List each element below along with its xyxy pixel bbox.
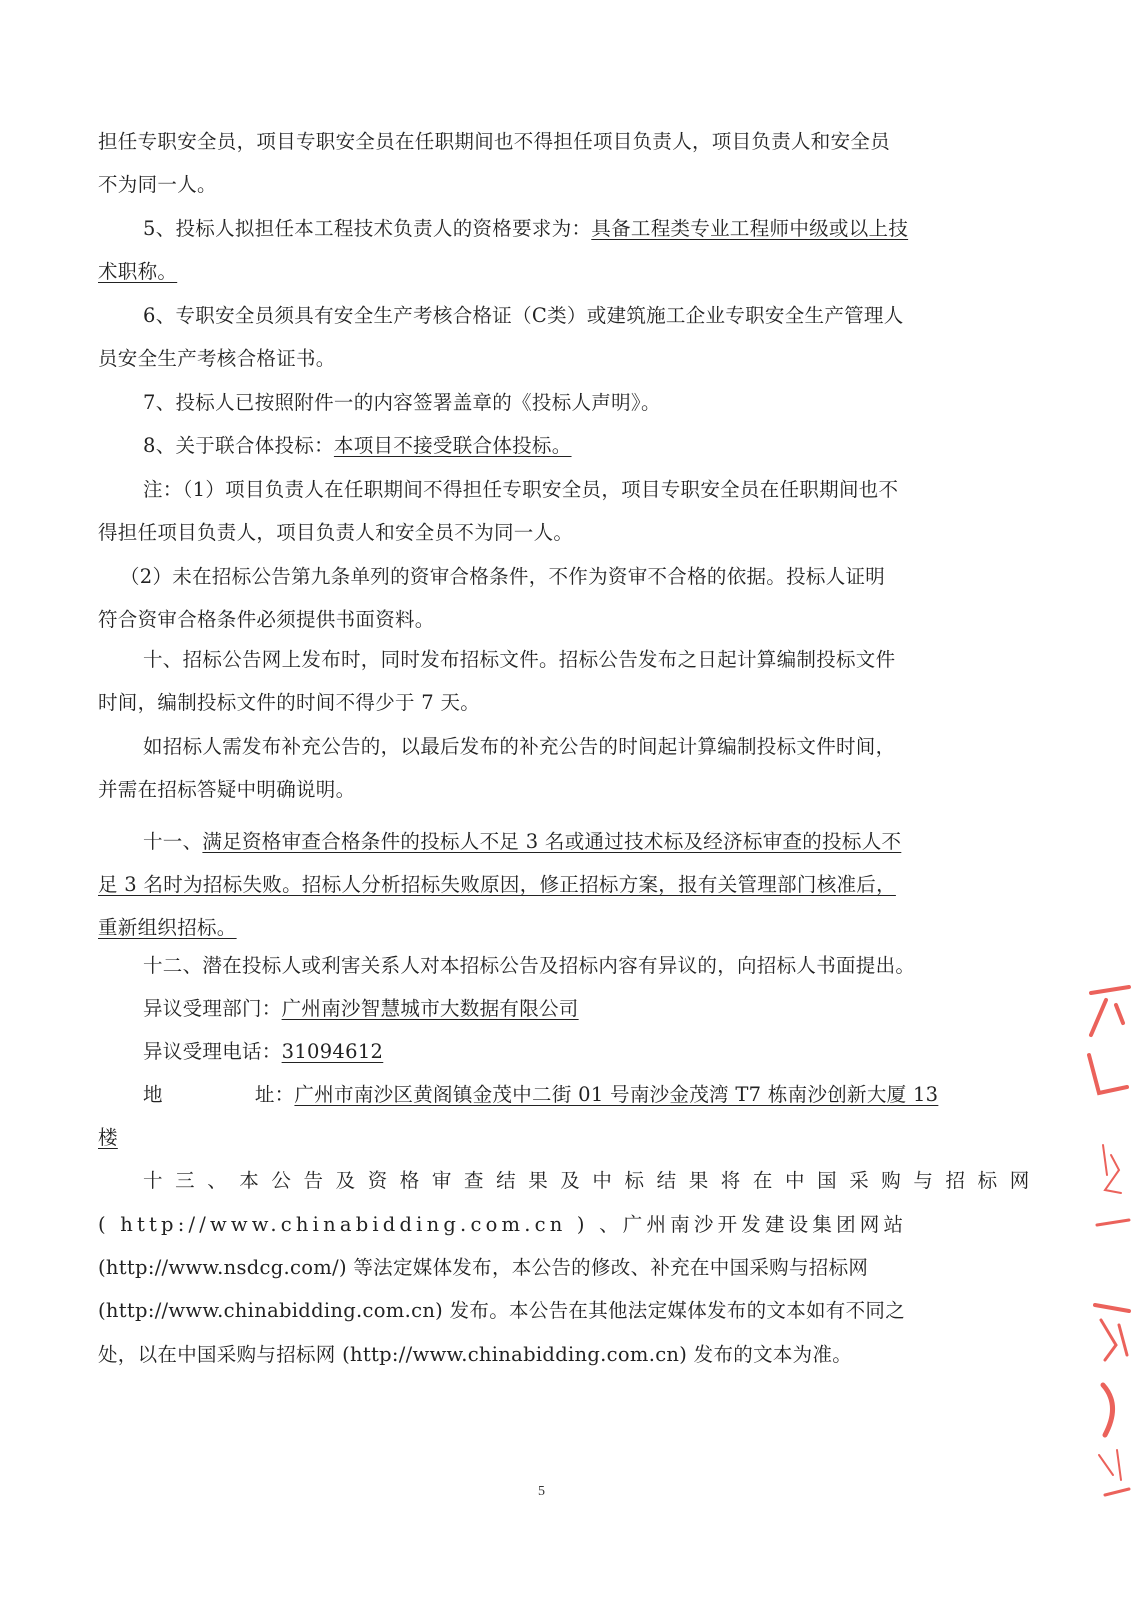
text-line: 符合资审合格条件必须提供书面资料。 [98,606,998,634]
text-line: 足 3 名时为招标失败。招标人分析招标失败原因，修正招标方案，报有关管理部门核准… [98,871,998,899]
supplement-paragraph: 如招标人需发布补充公告的，以最后发布的补充公告的时间起计算编制投标文件时间， [143,733,1043,761]
objection-department: 异议受理部门：广州南沙智慧城市大数据有限公司 [143,995,1043,1023]
item-7: 7、投标人已按照附件一的内容签署盖章的《投标人声明》。 [143,389,1043,417]
text-line: 得担任项目负责人，项目负责人和安全员不为同一人。 [98,519,998,547]
objection-department-label: 异议受理部门： [143,997,282,1020]
section-11-text-cont: 重新组织招标。 [98,916,237,939]
item-5-requirement-cont: 术职称。 [98,260,177,283]
item-5-label: 5、投标人拟担任本工程技术负责人的资格要求为： [143,217,591,240]
text-line: 担任专职安全员，项目专职安全员在任职期间也不得担任项目负责人，项目负责人和安全员 [98,128,998,156]
section-10: 十、招标公告网上发布时，同时发布招标文件。招标公告发布之日起计算编制投标文件 [143,646,1043,674]
note-1: 注：（1）项目负责人在任职期间不得担任专职安全员，项目专职安全员在任职期间也不 [143,476,1043,504]
item-6: 6、专职安全员须具有安全生产考核合格证（C类）或建筑施工企业专职安全生产管理人 [143,302,1043,330]
red-seal-stamp-icon [1061,975,1131,1505]
text-line: (http://www.chinabidding.com.cn) 发布。本公告在… [98,1297,998,1325]
objection-department-value: 广州南沙智慧城市大数据有限公司 [282,997,579,1020]
text-line: 员安全生产考核合格证书。 [98,345,998,373]
text-line: 时间，编制投标文件的时间不得少于 7 天。 [98,689,998,717]
text-line: (http://www.nsdcg.com/) 等法定媒体发布，本公告的修改、补… [98,1254,998,1282]
section-12: 十二、潜在投标人或利害关系人对本招标公告及招标内容有异议的，向招标人书面提出。 [143,952,1043,980]
document-page: 担任专职安全员，项目专职安全员在任职期间也不得担任项目负责人，项目负责人和安全员… [0,0,1131,1600]
section-11-text-cont: 足 3 名时为招标失败。招标人分析招标失败原因，修正招标方案，报有关管理部门核准… [98,873,896,896]
objection-phone-label: 异议受理电话： [143,1040,282,1063]
section-13: 十三、本公告及资格审查结果及中标结果将在中国采购与招标网 [143,1167,1043,1195]
address: 地址：广州市南沙区黄阁镇金茂中二街 01 号南沙金茂湾 T7 栋南沙创新大厦 1… [143,1081,1043,1109]
text-line: 楼 [98,1124,998,1152]
section-11-label: 十一、 [143,830,202,853]
item-8: 8、关于联合体投标：本项目不接受联合体投标。 [143,432,1043,460]
section-11-text: 满足资格审查合格条件的投标人不足 3 名或通过技术标及经济标审查的投标人不 [202,830,901,853]
item-5: 5、投标人拟担任本工程技术负责人的资格要求为：具备工程类专业工程师中级或以上技 [143,215,1043,243]
address-label-char1: 地 [143,1083,163,1106]
item-5-requirement: 具备工程类专业工程师中级或以上技 [591,217,908,240]
page-number: 5 [538,1484,545,1500]
item-8-label: 8、关于联合体投标： [143,434,334,457]
objection-phone: 异议受理电话：31094612 [143,1038,1043,1066]
text-line: 术职称。 [98,258,998,286]
section-11: 十一、满足资格审查合格条件的投标人不足 3 名或通过技术标及经济标审查的投标人不 [143,828,1043,856]
address-label-char2: 址： [255,1083,295,1106]
text-line: 并需在招标答疑中明确说明。 [98,776,998,804]
item-8-value: 本项目不接受联合体投标。 [334,434,572,457]
address-value-cont: 楼 [98,1126,118,1149]
text-line: 不为同一人。 [98,171,998,199]
text-line: ( http://www.chinabidding.com.cn ) 、广州南沙… [98,1211,998,1239]
text-line: 处，以在中国采购与招标网 (http://www.chinabidding.co… [98,1341,998,1369]
note-2: （2）未在招标公告第九条单列的资审合格条件，不作为资审不合格的依据。投标人证明 [120,563,1020,591]
objection-phone-value: 31094612 [282,1040,384,1063]
address-value: 广州市南沙区黄阁镇金茂中二街 01 号南沙金茂湾 T7 栋南沙创新大厦 13 [294,1083,938,1106]
text-line: 重新组织招标。 [98,914,998,942]
